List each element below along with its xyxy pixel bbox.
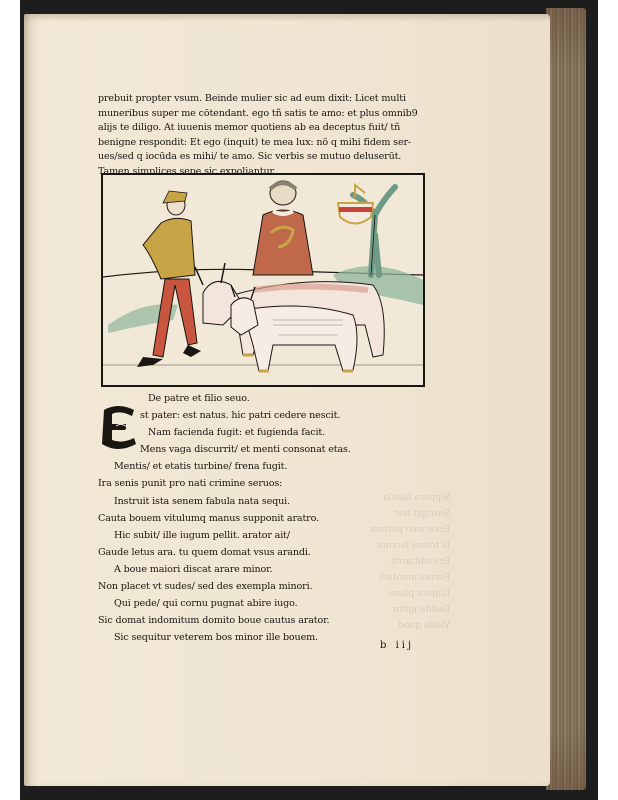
verse-line: Ira senis punit pro nati crimine seruos:	[98, 475, 438, 492]
verse-line: Sic domat indomitum domito boue cautus a…	[98, 612, 438, 629]
verse-line: Cauta bouem vitulumq manus supponit arat…	[98, 510, 438, 527]
prose-line: prebuit propter vsum. Beinde mulier sic …	[98, 92, 428, 107]
prose-paragraph: prebuit propter vsum. Beinde mulier sic …	[98, 92, 428, 180]
decorated-initial-e	[98, 404, 140, 450]
woodcut-image	[103, 175, 423, 385]
prose-line: ues/sed q iocūda es mihi/ te amo. Sic ve…	[98, 150, 428, 165]
poem: De patre et filio seuo. st pater: est na…	[98, 390, 438, 646]
verse-line: Nam facienda fugit: et fugienda facit.	[98, 424, 438, 441]
verse-line: Mens vaga discurrit/ et menti consonat e…	[98, 441, 438, 458]
verse-line: Non placet vt sudes/ sed des exempla min…	[98, 578, 438, 595]
verse-line: Instruit ista senem fabula nata sequi.	[98, 493, 438, 510]
ornate-initial-icon	[98, 404, 140, 450]
poem-title: De patre et filio seuo.	[98, 390, 438, 407]
verse-line: Gaude letus ara. tu quem domat vsus aran…	[98, 544, 438, 561]
verse-line: Mentis/ et etatis turbine/ frena fugit.	[98, 458, 438, 475]
verse-line: Qui pede/ qui cornu pugnat abire iugo.	[98, 595, 438, 612]
verse-line: Hic subit/ ille iugum pellit. arator ait…	[98, 527, 438, 544]
woodcut-illustration	[101, 173, 425, 387]
prose-line: benigne respondit: Et ego (inquit) te me…	[98, 136, 428, 151]
verse-line: A boue maiori discat arare minor.	[98, 561, 438, 578]
prose-line: alijs te diligo. At iuuenis memor quotie…	[98, 121, 428, 136]
book-fore-edge	[546, 8, 586, 790]
signature-mark: b iij	[380, 640, 414, 651]
prose-line: muneribus super me cōtendant. ego tñ sat…	[98, 107, 428, 122]
verse-line: st pater: est natus. hic patri cedere ne…	[98, 407, 438, 424]
